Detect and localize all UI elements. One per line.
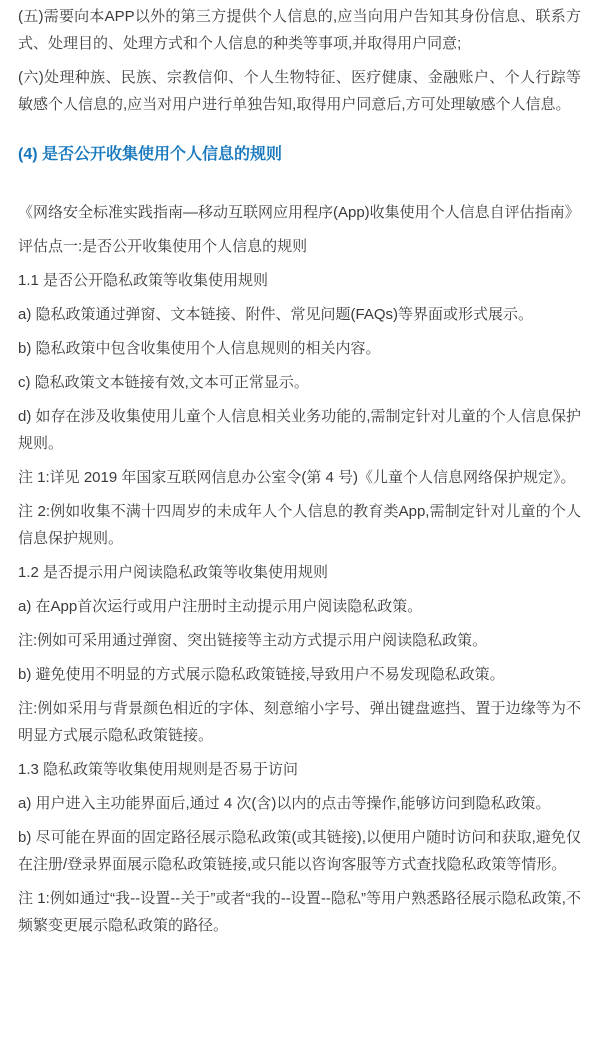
para-guide-title: 《网络安全标准实践指南—移动互联网应用程序(App)收集使用个人信息自评估指南》 (18, 199, 581, 226)
para-1-3-a: a) 用户进入主功能界面后,通过 4 次(含)以内的点击等操作,能够访问到隐私政… (18, 790, 581, 817)
para-clause-6: (六)处理种族、民族、宗教信仰、个人生物特征、医疗健康、金融账户、个人行踪等敏感… (18, 64, 581, 118)
para-1-3-b: b) 尽可能在界面的固定路径展示隐私政策(或其链接),以便用户随时访问和获取,避… (18, 824, 581, 878)
article-body: (五)需要向本APP以外的第三方提供个人信息的,应当向用户告知其身份信息、联系方… (0, 0, 600, 1051)
para-1-3-note-1: 注 1:例如通过“我--设置--关于”或者“我的--设置--隐私”等用户熟悉路径… (18, 885, 581, 939)
section-heading-4: (4) 是否公开收集使用个人信息的规则 (18, 145, 581, 165)
para-clause-5: (五)需要向本APP以外的第三方提供个人信息的,应当向用户告知其身份信息、联系方… (18, 3, 581, 57)
para-assessment-point-1: 评估点一:是否公开收集使用个人信息的规则 (18, 233, 581, 260)
para-rule-1-1: 1.1 是否公开隐私政策等收集使用规则 (18, 267, 581, 294)
para-1-2-a: a) 在App首次运行或用户注册时主动提示用户阅读隐私政策。 (18, 593, 581, 620)
para-1-1-b: b) 隐私政策中包含收集使用个人信息规则的相关内容。 (18, 335, 581, 362)
para-1-2-note-b: 注:例如采用与背景颜色相近的字体、刻意缩小字号、弹出键盘遮挡、置于边缘等为不明显… (18, 695, 581, 749)
para-1-1-c: c) 隐私政策文本链接有效,文本可正常显示。 (18, 369, 581, 396)
para-1-2-b: b) 避免使用不明显的方式展示隐私政策链接,导致用户不易发现隐私政策。 (18, 661, 581, 688)
para-1-1-note-1: 注 1:详见 2019 年国家互联网信息办公室令(第 4 号)《儿童个人信息网络… (18, 464, 581, 491)
para-1-2-note-a: 注:例如可采用通过弹窗、突出链接等主动方式提示用户阅读隐私政策。 (18, 627, 581, 654)
para-1-1-note-2: 注 2:例如收集不满十四周岁的未成年人个人信息的教育类App,需制定针对儿童的个… (18, 498, 581, 552)
para-1-1-d: d) 如存在涉及收集使用儿童个人信息相关业务功能的,需制定针对儿童的个人信息保护… (18, 403, 581, 457)
para-1-1-a: a) 隐私政策通过弹窗、文本链接、附件、常见问题(FAQs)等界面或形式展示。 (18, 301, 581, 328)
para-rule-1-2: 1.2 是否提示用户阅读隐私政策等收集使用规则 (18, 559, 581, 586)
para-rule-1-3: 1.3 隐私政策等收集使用规则是否易于访问 (18, 756, 581, 783)
